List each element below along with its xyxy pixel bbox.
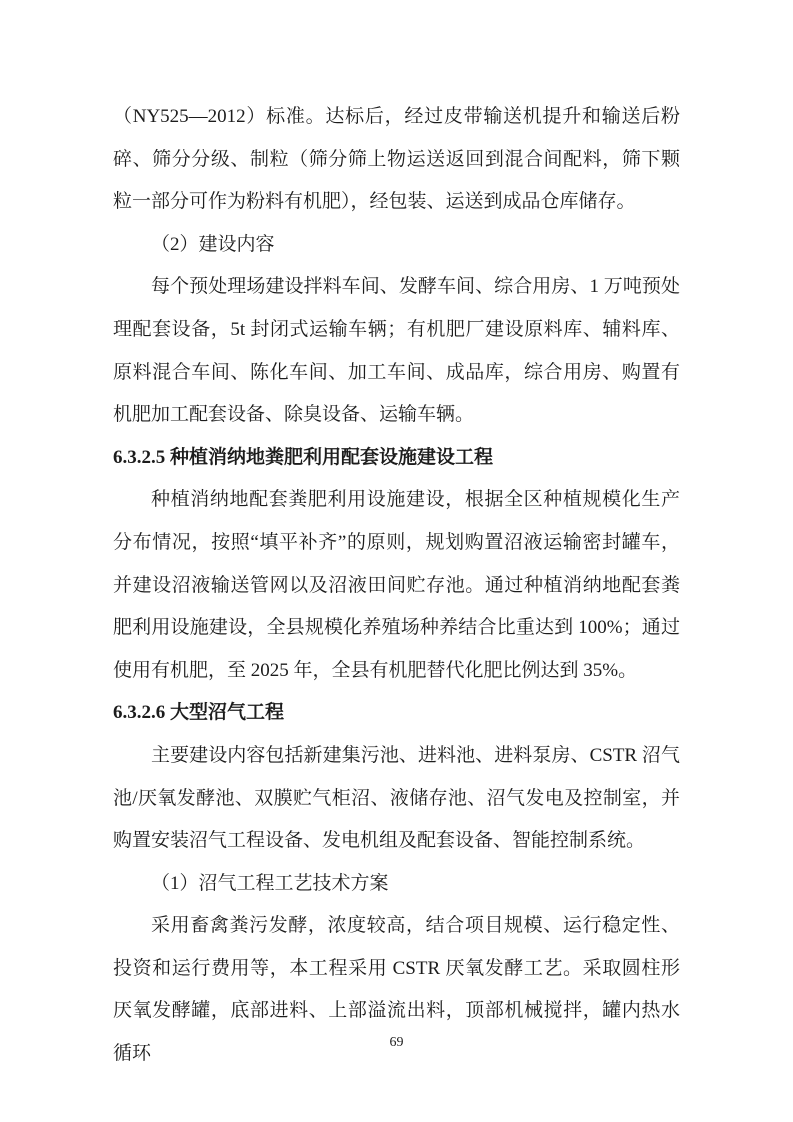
document-body: （NY525—2012）标准。达标后，经过皮带输送机提升和输送后粉碎、筛分分级、… (113, 96, 680, 1076)
section-heading-6-3-2-5: 6.3.2.5 种植消纳地粪肥利用配套设施建设工程 (113, 437, 680, 480)
paragraph-construction-content-detail: 每个预处理场建设拌料车间、发酵车间、综合用房、1 万吨预处理配套设备，5t 封闭… (113, 266, 680, 436)
paragraph-manure-utilization-facilities: 种植消纳地配套粪肥利用设施建设，根据全区种植规模化生产分布情况，按照“填平补齐”… (113, 479, 680, 692)
paragraph-biogas-main-construction: 主要建设内容包括新建集污池、进料池、进料泵房、CSTR 沼气池/厌氧发酵池、双膜… (113, 735, 680, 863)
paragraph-biogas-technology-label: （1）沼气工程工艺技术方案 (113, 863, 680, 906)
page-number: 69 (0, 1035, 793, 1051)
paragraph-fertilizer-process-continuation: （NY525—2012）标准。达标后，经过皮带输送机提升和输送后粉碎、筛分分级、… (113, 96, 680, 224)
document-page: （NY525—2012）标准。达标后，经过皮带输送机提升和输送后粉碎、筛分分级、… (0, 0, 793, 1122)
paragraph-construction-content-label: （2）建设内容 (113, 224, 680, 267)
section-heading-6-3-2-6: 6.3.2.6 大型沼气工程 (113, 692, 680, 735)
